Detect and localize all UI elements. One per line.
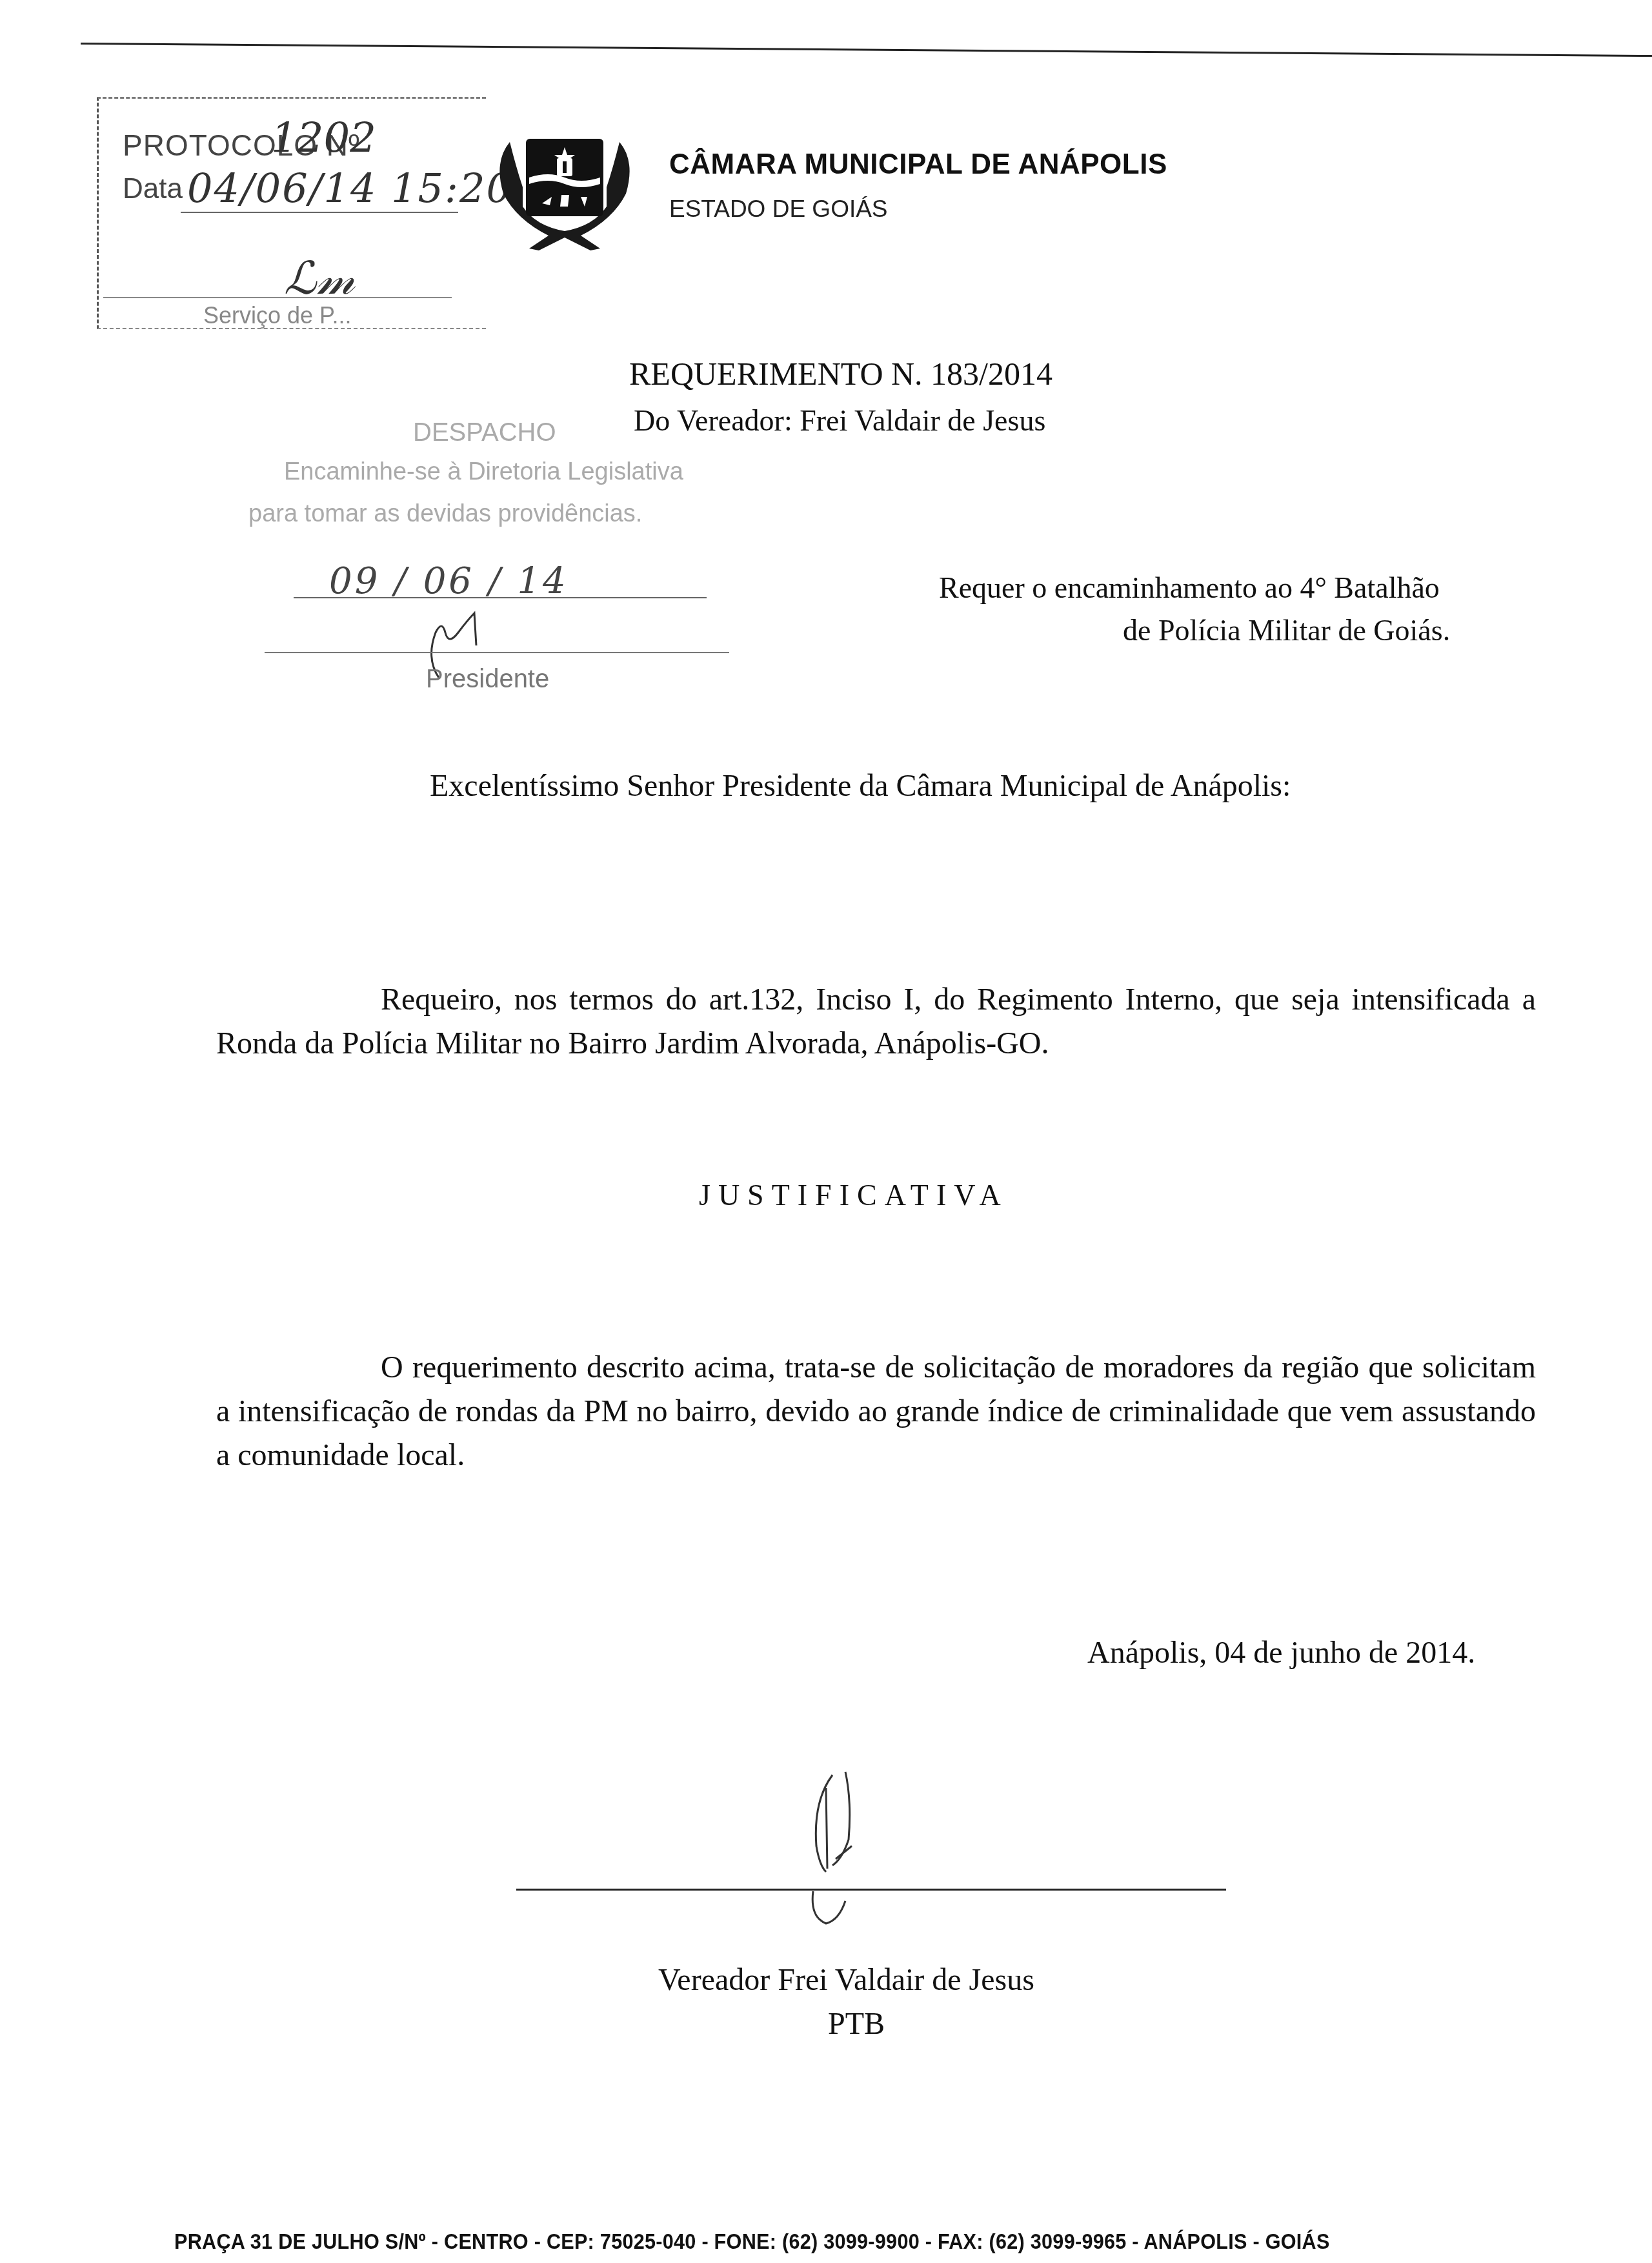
despacho-date: 09 / 06 / 14: [329, 560, 569, 602]
signer-party: PTB: [828, 2006, 885, 2042]
salutation: Excelentíssimo Senhor Presidente da Câma…: [430, 768, 1291, 804]
protocol-service-label: Serviço de P...: [203, 302, 351, 329]
despacho-sign-line: [265, 652, 729, 653]
institution-name: CÂMARA MUNICIPAL DE ANÁPOLIS: [669, 148, 1167, 181]
justification-paragraph: O requerimento descrito acima, trata-se …: [216, 1346, 1536, 1477]
place-and-date: Anápolis, 04 de junho de 2014.: [1087, 1635, 1475, 1670]
councilor-signature-icon: [774, 1762, 891, 1930]
signer-name: Vereador Frei Valdair de Jesus: [658, 1962, 1034, 1998]
justification-heading: JUSTIFICATIVA: [699, 1178, 1009, 1212]
despacho-signer: Presidente: [426, 665, 549, 694]
despacho-title: DESPACHO: [413, 418, 556, 447]
protocol-number: 1202: [271, 115, 376, 163]
protocol-date-line: [181, 212, 458, 213]
document-author: Do Vereador: Frei Valdair de Jesus: [634, 403, 1045, 438]
protocol-date-label: Data: [123, 173, 183, 205]
signature-line: [516, 1889, 1226, 1891]
protocol-sign-line: [103, 297, 452, 298]
despacho-line-1: Encaminhe-se à Diretoria Legislativa: [284, 458, 683, 486]
ementa-line-2: de Polícia Militar de Goiás.: [1123, 613, 1450, 647]
despacho-line-2: para tomar as devidas providências.: [248, 500, 642, 528]
institution-state: ESTADO DE GOIÁS: [669, 196, 888, 223]
request-paragraph: Requeiro, nos termos do art.132, Inciso …: [216, 978, 1536, 1066]
footer-address: PRAÇA 31 DE JULHO S/Nº - CENTRO - CEP: 7…: [174, 2229, 1330, 2255]
despacho-date-line: [294, 597, 707, 598]
document-title: REQUERIMENTO N. 183/2014: [629, 355, 1053, 392]
scan-edge-line: [81, 43, 1652, 57]
ementa-line-1: Requer o encaminhamento ao 4° Batalhão: [939, 571, 1440, 605]
coat-of-arms-icon: [490, 123, 639, 252]
protocol-date-value: 04/06/14 15:20: [187, 165, 513, 212]
